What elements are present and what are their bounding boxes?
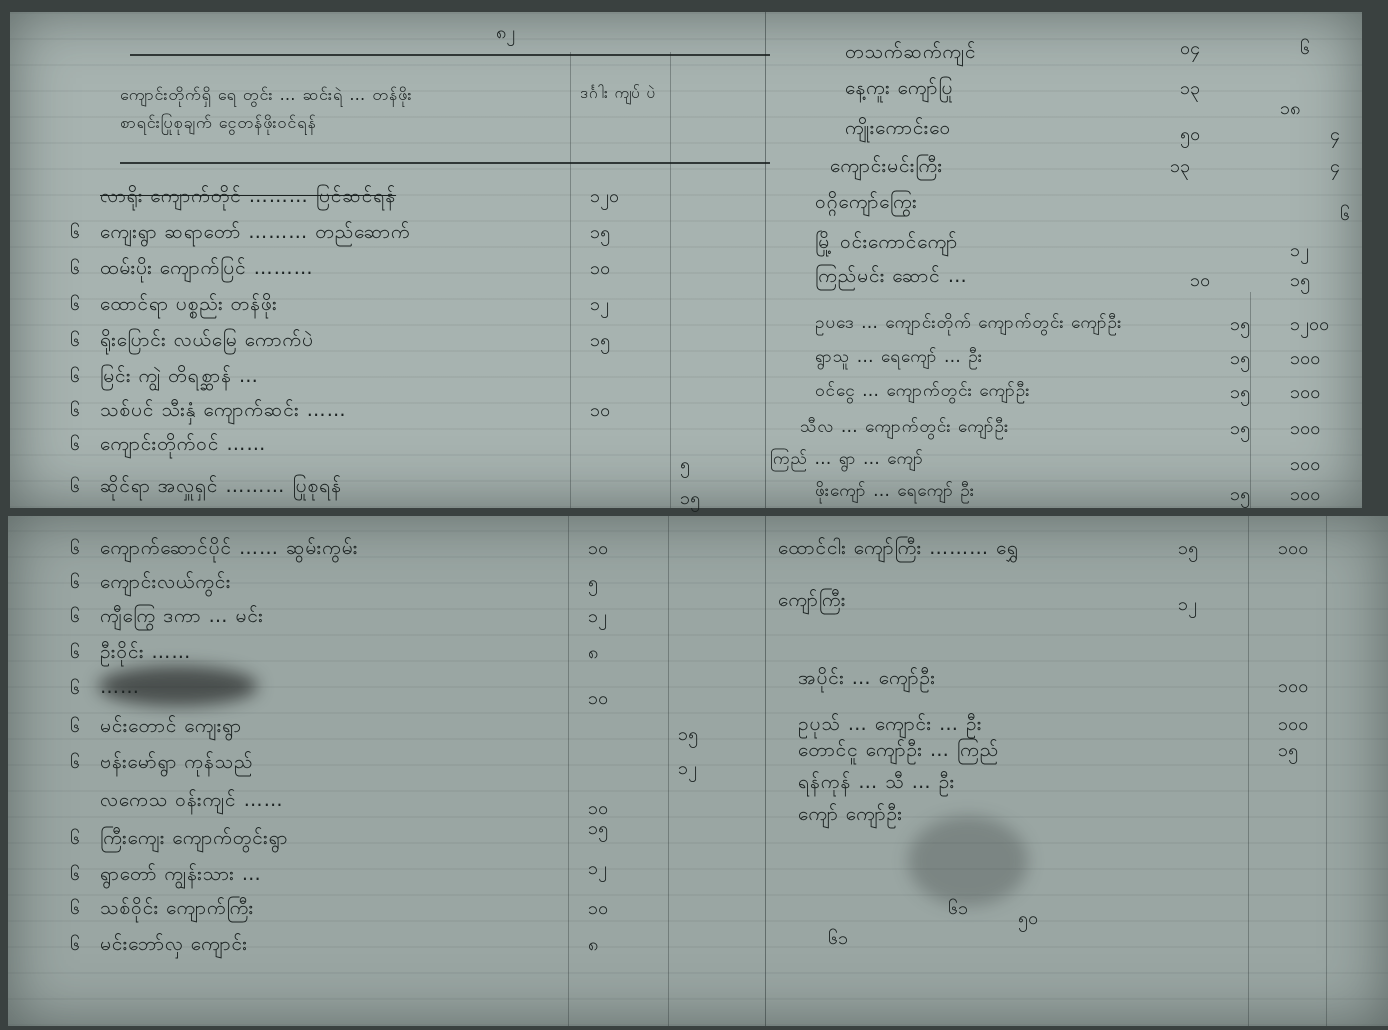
ledger-entry: ကျောင်းလယ်ကွင်း bbox=[100, 570, 231, 598]
ledger-entry: ကျောက်ဆောင်ပိုင် …… ဆွမ်းကွမ်း bbox=[100, 536, 358, 564]
ledger-entry: တောင်ငူ ကျော်ဦး … ကြည် bbox=[798, 738, 999, 766]
ledger-entry: ကျောင်းမင်းကြီး bbox=[830, 154, 943, 182]
ledger-sheet-upper: ၈၂ ကျောင်းတိုက်ရှိ ရေ တွင်း … ဆင်းရဲ … တ… bbox=[10, 12, 1362, 508]
column-rule bbox=[668, 516, 669, 1026]
ledger-entry: သီလ … ကျောက်တွင်း ကျော်ဦး bbox=[800, 416, 1009, 441]
ledger-entry: ထမ်းပိုး ကျောက်ပြင် ……… bbox=[100, 256, 314, 284]
ledger-entry: သစ်ပင် သီးနှံ ကျောက်ဆင်း …… bbox=[100, 398, 347, 426]
ledger-entry: ကြည်မင်း ဆောင် … bbox=[815, 264, 968, 292]
ledger-entry: ဥပုသ် … ကျောင်း … ဦး bbox=[798, 712, 982, 740]
column-rule bbox=[570, 52, 571, 508]
ledger-entry: ရွာတော် ကျွန်းသား … bbox=[100, 862, 262, 890]
column-rule bbox=[568, 516, 569, 1026]
ledger-entry: နေ့ကူး ကျော်ပြု bbox=[845, 76, 953, 104]
footer-number: ၅၀ bbox=[1018, 906, 1038, 933]
column-rule bbox=[670, 52, 671, 508]
header-rule bbox=[120, 162, 770, 164]
ledger-entry: လာရိုး ကျောက်တိုင် ……… ပြင်ဆင်ရန် bbox=[100, 184, 396, 212]
ledger-entry: …… bbox=[100, 676, 140, 698]
ledger-entry: လကေသ ဝန်းကျင် …… bbox=[100, 788, 284, 816]
header-rule bbox=[130, 54, 770, 56]
ledger-entry: ကျိုးကောင်းဝေ bbox=[845, 116, 951, 144]
ledger-entry: မြို့ ဝင်းကောင်ကျော် bbox=[815, 230, 958, 258]
column-rule bbox=[1248, 516, 1249, 1026]
ledger-entry: ရိုးပြောင်း လယ်မြေ ကောက်ပဲ bbox=[100, 328, 314, 356]
ledger-sheet-lower: ၆ ကျောက်ဆောင်ပိုင် …… ဆွမ်းကွမ်း ၁၀ ၆ ကျ… bbox=[8, 516, 1388, 1026]
ledger-entry: ထောင်ရာ ပစ္စည်း တန်ဖိုး bbox=[100, 292, 278, 320]
ledger-entry: ကျောင်းတိုက်ဝင် …… bbox=[100, 432, 266, 460]
page-fold bbox=[765, 12, 766, 508]
ledger-entry: သစ်ဝိုင်း ကျောက်ကြီး bbox=[100, 896, 254, 924]
footer-number: ၆၁ bbox=[948, 896, 968, 923]
ledger-entry: ဖိုးကျော် … ရေကျော် ဦး bbox=[815, 480, 975, 505]
ledger-entry: ဝဂ္ဂိကျော်ကြွေး bbox=[815, 190, 918, 218]
ledger-entry: ကြီးကျေး ကျောက်တွင်းရွာ bbox=[100, 826, 288, 854]
ledger-entry: ရွာသူ … ရေကျော် … ဦး bbox=[815, 346, 983, 371]
column-header: ဒင်္ဂါး ကျပ် ပဲ bbox=[580, 84, 656, 106]
ledger-entry: ဦးဝိုင်း …… bbox=[100, 640, 191, 668]
ledger-entry: ဥပဒေ … ကျောင်းတိုက် ကျောက်တွင်း ကျော်ဦး bbox=[815, 312, 1122, 337]
page-marker: ၈၂ bbox=[496, 20, 515, 47]
header-line: စာရင်းပြုစုချက် ငွေတန်ဖိုးဝင်ရန် bbox=[120, 112, 317, 136]
column-rule bbox=[1326, 516, 1327, 1026]
ledger-entry: ဗန်းမော်ရွာ ကုန်သည် bbox=[100, 750, 253, 778]
ledger-entry: ထောင်ငါး ကျော်ကြီး ……… ရွှေ bbox=[778, 536, 1019, 564]
ledger-entry: မြင်း ကျွဲ တိရစ္ဆာန် … bbox=[100, 364, 259, 392]
ledger-entry: ကျော်ကြီး bbox=[778, 588, 846, 616]
header-line: ကျောင်းတိုက်ရှိ ရေ တွင်း … ဆင်းရဲ … တန်ဖ… bbox=[120, 84, 412, 108]
ledger-entry: ကျော် ကျော်ဦး bbox=[798, 802, 903, 830]
ledger-entry: မင်းတောင် ကျေးရွာ bbox=[100, 714, 242, 742]
ledger-entry: ဆိုင်ရာ အလှူရှင် ……… ပြုစုရန် bbox=[100, 474, 342, 502]
ledger-entry: ကြည် … ရွာ … ကျော် bbox=[770, 448, 924, 473]
ledger-entry: ကျေးရွာ ဆရာတော် ……… တည်ဆောက် bbox=[100, 220, 411, 248]
ledger-entry: ဝင်ငွေ … ကျောက်တွင်း ကျော်ဦး bbox=[815, 380, 1031, 405]
page-fold bbox=[765, 516, 766, 1026]
ledger-entry: တသက်ဆက်ကျင် bbox=[845, 40, 977, 68]
ledger-entry: အပိုင်း … ကျော်ဦး bbox=[798, 666, 936, 694]
footer-number: ၆၁ bbox=[828, 926, 848, 953]
ledger-entry: မင်းဘော်လှ ကျောင်း bbox=[100, 932, 248, 960]
ledger-entry: ရန်ကုန် … သီ … ဦး bbox=[798, 770, 955, 798]
ledger-entry: ကျီကြွေ ဒကာ … မင်း bbox=[100, 604, 264, 632]
